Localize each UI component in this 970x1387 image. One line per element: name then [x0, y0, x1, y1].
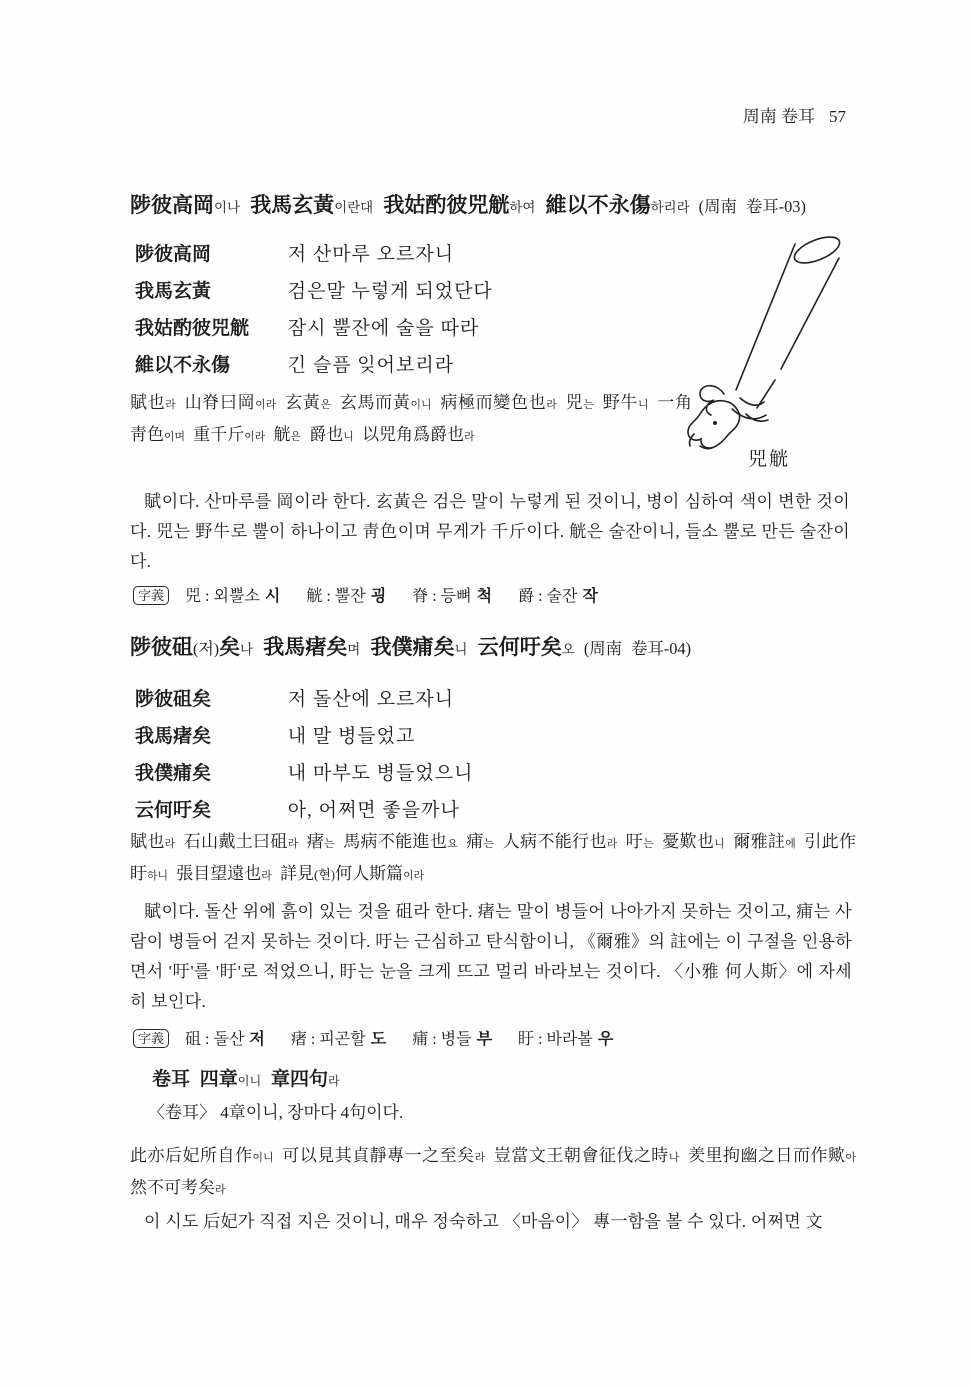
- verse-korean: 검은말 누렇게 되었단다: [288, 281, 493, 302]
- verse-row: 我馬玄黃 검은말 누렇게 되었단다: [135, 273, 493, 310]
- jaui-colon: :: [201, 1031, 213, 1048]
- jaui-meaning: 뿔잔: [335, 588, 366, 605]
- horn-cup-drawing: [660, 218, 880, 480]
- verse-hanja: 我馬瘏矣: [135, 718, 283, 755]
- page-number: 57: [829, 107, 846, 126]
- verse-row: 陟彼高岡 저 산마루 오르자니: [135, 236, 493, 273]
- jaui-entry: 瘏 : 피곤할도: [291, 1031, 386, 1048]
- jaui-hanja: 觥: [306, 588, 322, 605]
- verse-table-04: 陟彼砠矣 저 돌산에 오르자니 我馬瘏矣 내 말 병들었고 我僕痡矣 내 마부도…: [135, 681, 473, 829]
- verse-hanja: 我馬玄黃: [135, 273, 283, 310]
- jaui-reading: 시: [265, 588, 280, 605]
- jaui-colon: :: [307, 1031, 319, 1048]
- jaui-meaning: 돌산: [213, 1031, 244, 1048]
- chapter-note-korean: 〈卷耳〉 4章이니, 장마다 4句이다.: [148, 1098, 403, 1123]
- verse-korean: 저 산마루 오르자니: [288, 244, 454, 265]
- jaui-reading: 굉: [371, 588, 386, 605]
- jaui-reading: 도: [371, 1031, 386, 1048]
- verse-hanja: 云何吁矣: [135, 792, 283, 829]
- jaui-meaning: 등뼈: [441, 588, 472, 605]
- verse-row: 維以不永傷 긴 슬픔 잊어보리라: [135, 347, 493, 384]
- header-title: 周南 卷耳: [743, 107, 815, 126]
- jaui-entry: 痡 : 병들부: [412, 1031, 492, 1048]
- jaui-colon: :: [534, 588, 546, 605]
- jaui-hanja: 盱: [518, 1031, 534, 1048]
- jaui-entry: 觥 : 뿔잔굉: [306, 588, 386, 605]
- horn-cup-illustration: 兕觥: [660, 218, 880, 480]
- commentary-korean-04: 賦이다. 돌산 위에 흙이 있는 것을 砠라 한다. 瘏는 말이 병들어 나아가…: [130, 897, 852, 1017]
- jaui-meaning: 술잔: [547, 588, 578, 605]
- jaui-hanja: 爵: [518, 588, 534, 605]
- jaui-meaning: 외뿔소: [213, 588, 259, 605]
- verse-korean: 저 돌산에 오르자니: [288, 689, 454, 710]
- book-page: 周南 卷耳57 陟彼高岡이나 我馬玄黃이란대 我姑酌彼兕觥하여 維以不永傷하리라…: [0, 0, 970, 1387]
- jaui-entry: 盱 : 바라볼우: [518, 1031, 613, 1048]
- verse-korean: 잠시 뿔잔에 술을 따라: [288, 318, 479, 339]
- verse-row: 我姑酌彼兕觥 잠시 뿔잔에 술을 따라: [135, 310, 493, 347]
- closing-commentary-hanja: 此亦后妃所自作이니 可以見其貞靜專一之至矣라 豈當文王朝會征伐之時나 羑里拘幽之…: [130, 1141, 856, 1205]
- chapter-note: 卷耳 四章이니 章四句라: [152, 1064, 340, 1091]
- jaui-reading: 작: [582, 588, 597, 605]
- jaui-meaning: 병들: [441, 1031, 472, 1048]
- page-header: 周南 卷耳57: [560, 102, 846, 127]
- jaui-label: 字義: [133, 1029, 169, 1048]
- jaui-colon: :: [428, 1031, 440, 1048]
- jaui-reading: 척: [477, 588, 492, 605]
- verse-hanja: 我僕痡矣: [135, 755, 283, 792]
- jaui-line-04: 字義砠 : 돌산저瘏 : 피곤할도痡 : 병들부盱 : 바라볼우: [133, 1028, 639, 1052]
- verse-korean: 내 말 병들었고: [288, 726, 416, 747]
- jaui-colon: :: [201, 588, 213, 605]
- jaui-hanja: 瘏: [291, 1031, 307, 1048]
- jaui-entry: 兕 : 외뿔소시: [185, 588, 280, 605]
- jaui-colon: :: [428, 588, 440, 605]
- verse-row: 陟彼砠矣 저 돌산에 오르자니: [135, 681, 473, 718]
- jaui-hanja: 痡: [412, 1031, 428, 1048]
- verse-korean: 긴 슬픔 잊어보리라: [288, 355, 454, 376]
- jaui-line-03: 字義兕 : 외뿔소시觥 : 뿔잔굉脊 : 등뼈척爵 : 술잔작: [133, 585, 624, 609]
- jaui-reading: 우: [598, 1031, 613, 1048]
- jaui-meaning: 피곤할: [319, 1031, 365, 1048]
- jaui-reading: 저: [249, 1031, 264, 1048]
- jaui-reading: 부: [477, 1031, 492, 1048]
- jaui-colon: :: [534, 1031, 546, 1048]
- jaui-colon: :: [322, 588, 334, 605]
- verse-hanja: 我姑酌彼兕觥: [135, 310, 283, 347]
- jaui-entry: 脊 : 등뼈척: [412, 588, 492, 605]
- verse-row: 云何吁矣 아, 어쩌면 좋을까나: [135, 792, 473, 829]
- jaui-meaning: 바라볼: [547, 1031, 593, 1048]
- commentary-korean-03: 賦이다. 산마루를 岡이라 한다. 玄黃은 검은 말이 누렇게 된 것이니, 병…: [130, 487, 850, 577]
- jaui-entry: 爵 : 술잔작: [518, 588, 598, 605]
- verse-heading-04: 陟彼砠(저)矣나 我馬瘏矣며 我僕痡矣니 云何吁矣오 (周南 卷耳-04): [130, 632, 860, 665]
- verse-hanja: 維以不永傷: [135, 347, 283, 384]
- jaui-label: 字義: [133, 586, 169, 605]
- verse-hanja: 陟彼高岡: [135, 236, 283, 273]
- jaui-hanja: 兕: [185, 588, 201, 605]
- jaui-hanja: 脊: [412, 588, 428, 605]
- jaui-entry: 砠 : 돌산저: [185, 1031, 265, 1048]
- verse-korean: 아, 어쩌면 좋을까나: [288, 800, 460, 821]
- commentary-hanja-03: 賦也라 山脊曰岡이라 玄黃은 玄馬而黃이니 病極而變色也라 兕는 野牛니 一角 …: [130, 388, 692, 452]
- jaui-hanja: 砠: [185, 1031, 201, 1048]
- verse-hanja: 陟彼砠矣: [135, 681, 283, 718]
- verse-row: 我僕痡矣 내 마부도 병들었으니: [135, 755, 473, 792]
- verse-korean: 내 마부도 병들었으니: [288, 763, 474, 784]
- horn-cup-caption: 兕觥: [748, 444, 790, 471]
- commentary-hanja-04: 賦也라 石山戴土曰砠라 瘏는 馬病不能進也요 痡는 人病不能行也라 吁는 憂歎也…: [130, 827, 856, 891]
- closing-commentary-korean: 이 시도 后妃가 직접 지은 것이니, 매우 정숙하고 〈마음이〉 專一함을 볼…: [130, 1207, 856, 1237]
- verse-table-03: 陟彼高岡 저 산마루 오르자니 我馬玄黃 검은말 누렇게 되었단다 我姑酌彼兕觥…: [135, 236, 493, 384]
- verse-row: 我馬瘏矣 내 말 병들었고: [135, 718, 473, 755]
